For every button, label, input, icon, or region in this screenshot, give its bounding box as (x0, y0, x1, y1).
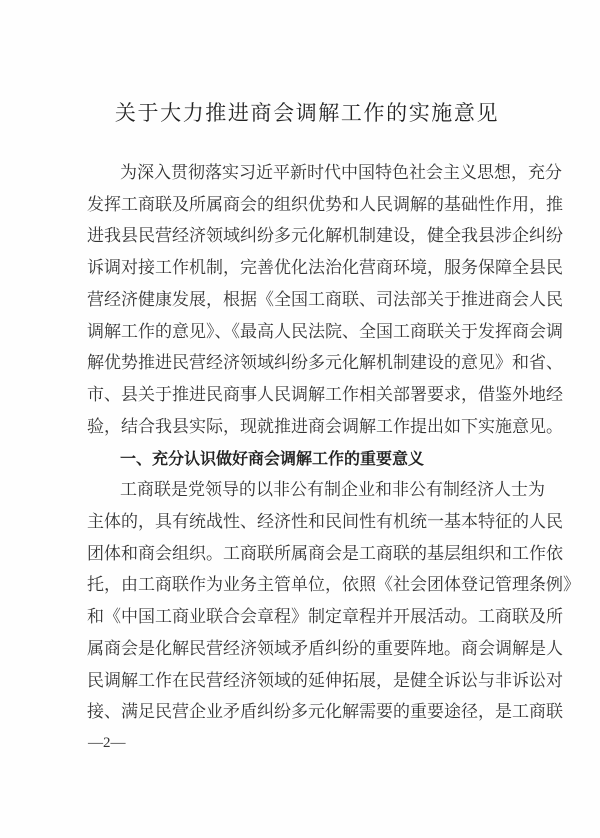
section-heading: 一、充分认识做好商会调解工作的重要意义 (120, 447, 424, 471)
paragraph-line: 发挥工商联及所属商会的组织优势和人民调解的基础性作用，推 (87, 193, 527, 217)
paragraph-line: 工商联是党领导的以非公有制企业和非公有制经济人士为 (120, 478, 527, 502)
document-title: 关于大力推进商会调解工作的实施意见 (100, 99, 514, 127)
paragraph-line: 调解工作的意见》、《最高人民法院、全国工商联关于发挥商会调 (87, 320, 527, 344)
paragraph-line: 民调解工作在民营经济领域的延伸拓展，是健全诉讼与非诉讼对 (87, 669, 527, 693)
paragraph-line: 解优势推进民营经济领域纠纷多元化解机制建设的意见》和省、 (87, 351, 527, 375)
paragraph-line: 接、满足民营企业矛盾纠纷多元化解需要的重要途径，是工商联 (87, 700, 527, 724)
paragraph-line: 为深入贯彻落实习近平新时代中国特色社会主义思想，充分 (120, 161, 527, 185)
paragraph-line: 属商会是化解民营经济领域矛盾纠纷的重要阵地。商会调解是人 (87, 637, 527, 661)
paragraph-line: 诉调对接工作机制，完善优化法治化营商环境，服务保障全县民 (87, 256, 527, 280)
paragraph-line: 和《中国工商业联合会章程》制定章程并开展活动。工商联及所 (87, 605, 527, 629)
paragraph-line: 市、县关于推进民商事人民调解工作相关部署要求，借鉴外地经 (87, 383, 527, 407)
paragraph-line: 主体的，具有统战性、经济性和民间性有机统一基本特征的人民 (87, 510, 527, 534)
document-page: 关于大力推进商会调解工作的实施意见 为深入贯彻落实习近平新时代中国特色社会主义思… (0, 0, 600, 838)
paragraph-line: 进我县民营经济领域纠纷多元化解机制建设，健全我县涉企纠纷 (87, 224, 527, 248)
page-number: —2— (88, 733, 126, 753)
paragraph-line: 验，结合我县实际，现就推进商会调解工作提出如下实施意见。 (87, 415, 527, 439)
paragraph-line: 托，由工商联作为业务主管单位，依照《社会团体登记管理条例》 (87, 573, 527, 597)
paragraph-line: 团体和商会组织。工商联所属商会是工商联的基层组织和工作依 (87, 542, 527, 566)
paragraph-line: 营经济健康发展，根据《全国工商联、司法部关于推进商会人民 (87, 288, 527, 312)
